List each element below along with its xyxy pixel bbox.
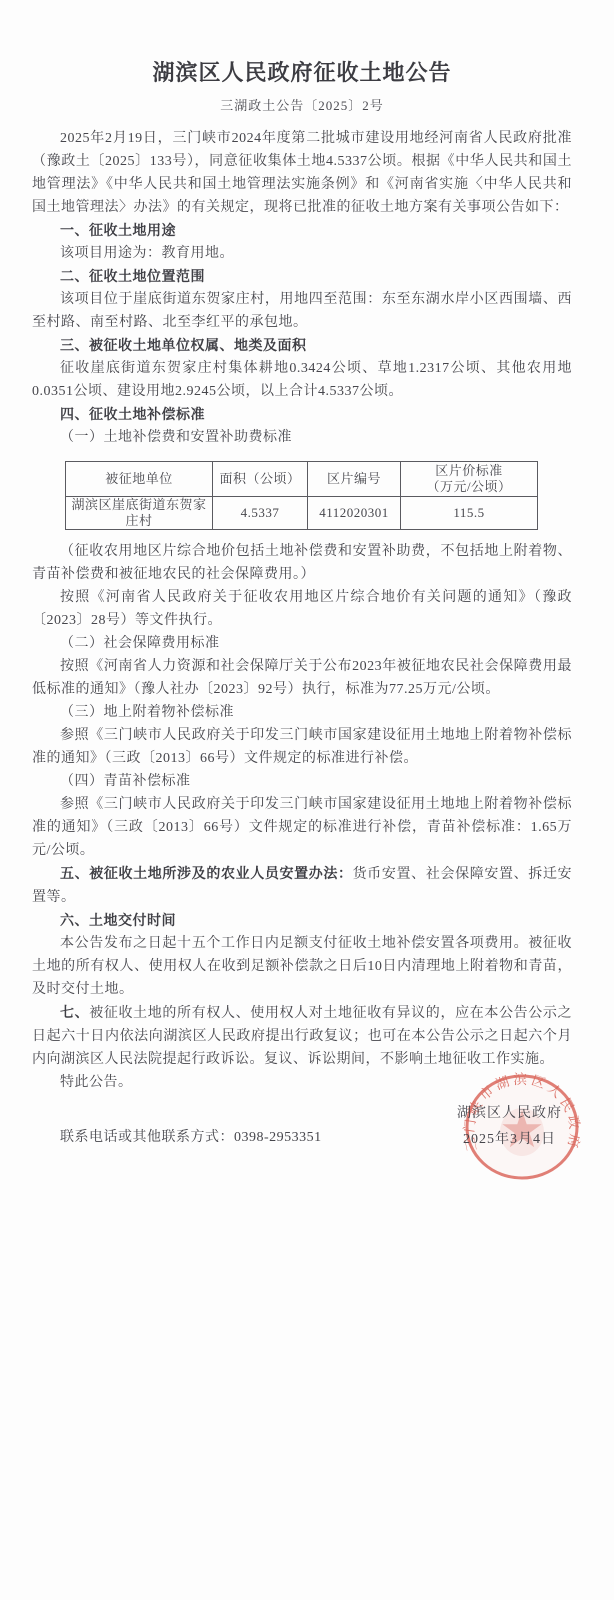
page-title: 湖滨区人民政府征收土地公告 xyxy=(32,58,572,88)
section-4-1-paragraph: 按照《河南省人民政府关于征收农用地区片综合地价有关问题的通知》（豫政〔2023〕… xyxy=(32,586,572,632)
signature-date: 2025年3月4日 xyxy=(427,1130,592,1150)
document-body: 2025年2月19日，三门峡市2024年度第二批城市建设用地经河南省人民政府批准… xyxy=(32,127,572,1149)
header-zone-code: 区片编号 xyxy=(308,462,401,497)
section-1-heading: 一、征收土地用途 xyxy=(32,219,572,242)
section-4-4-subheading: （四）青苗补偿标准 xyxy=(32,770,572,793)
announcement-document: 湖滨区人民政府征收土地公告 三湖政土公告〔2025〕2号 2025年2月19日，… xyxy=(0,0,614,1600)
cell-land-unit: 湖滨区崖底街道东贺家庄村 xyxy=(66,497,213,530)
section-7-number: 七、 xyxy=(60,1004,89,1020)
intro-paragraph: 2025年2月19日，三门峡市2024年度第二批城市建设用地经河南省人民政府批准… xyxy=(32,127,572,219)
cell-area: 4.5337 xyxy=(213,497,308,530)
table-header-row: 被征地单位 面积（公顷） 区片编号 区片价标准 （万元/公顷） xyxy=(66,462,538,497)
section-4-heading: 四、征收土地补偿标准 xyxy=(32,403,572,426)
signature-block: 湖滨区人民政府 2025年3月4日 xyxy=(427,1104,592,1150)
section-4-2-subheading: （二）社会保障费用标准 xyxy=(32,632,572,655)
section-3-paragraph: 征收崖底街道东贺家庄村集体耕地0.3424公顷、草地1.2317公顷、其他农用地… xyxy=(32,357,572,403)
header-land-unit: 被征地单位 xyxy=(66,462,213,497)
section-4-2-paragraph: 按照《河南省人力资源和社会保障厅关于公布2023年被征地农民社会保障费用最低标准… xyxy=(32,655,572,701)
section-4-3-subheading: （三）地上附着物补偿标准 xyxy=(32,701,572,724)
table-row: 湖滨区崖底街道东贺家庄村 4.5337 4112020301 115.5 xyxy=(66,497,538,530)
cell-zone-code: 4112020301 xyxy=(308,497,401,530)
section-6-heading: 六、土地交付时间 xyxy=(32,909,572,932)
signature-issuer: 湖滨区人民政府 xyxy=(427,1104,592,1124)
header-area: 面积（公顷） xyxy=(213,462,308,497)
section-1-paragraph: 该项目用途为：教育用地。 xyxy=(32,242,572,265)
section-2-paragraph: 该项目位于崖底街道东贺家庄村，用地四至范围：东至东湖水岸小区西围墙、西至村路、南… xyxy=(32,288,572,334)
section-5-line: 五、被征收土地所涉及的农业人员安置办法：货币安置、社会保障安置、拆迁安置等。 xyxy=(32,862,572,909)
table-note-paragraph: （征收农用地区片综合地价包括土地补偿费和安置补助费，不包括地上附着物、青苗补偿费… xyxy=(32,540,572,586)
cell-zone-price: 115.5 xyxy=(401,497,538,530)
section-2-heading: 二、征收土地位置范围 xyxy=(32,265,572,288)
compensation-table: 被征地单位 面积（公顷） 区片编号 区片价标准 （万元/公顷） 湖滨区崖底街道东… xyxy=(65,461,538,530)
section-5-heading: 五、被征收土地所涉及的农业人员安置办法： xyxy=(60,865,353,881)
section-7-rest: 被征收土地的所有权人、使用权人对土地征收有异议的，应在本公告公示之日起六十日内依… xyxy=(32,1006,572,1067)
section-3-heading: 三、被征收土地单位权属、地类及面积 xyxy=(32,334,572,357)
doc-number: 三湖政土公告〔2025〕2号 xyxy=(32,97,572,115)
section-4-3-paragraph: 参照《三门峡市人民政府关于印发三门峡市国家建设征用土地地上附着物补偿标准的通知》… xyxy=(32,724,572,770)
header-zone-price: 区片价标准 （万元/公顷） xyxy=(401,462,538,497)
section-6-paragraph: 本公告发布之日起十五个工作日内足额支付征收土地补偿安置各项费用。被征收土地的所有… xyxy=(32,932,572,1001)
section-4-4-paragraph: 参照《三门峡市人民政府关于印发三门峡市国家建设征用土地地上附着物补偿标准的通知》… xyxy=(32,793,572,862)
document-content: 湖滨区人民政府征收土地公告 三湖政土公告〔2025〕2号 2025年2月19日，… xyxy=(32,58,572,1149)
section-7-paragraph: 七、被征收土地的所有权人、使用权人对土地征收有异议的，应在本公告公示之日起六十日… xyxy=(32,1001,572,1071)
section-4-1-subheading: （一）土地补偿费和安置补助费标准 xyxy=(32,426,572,449)
